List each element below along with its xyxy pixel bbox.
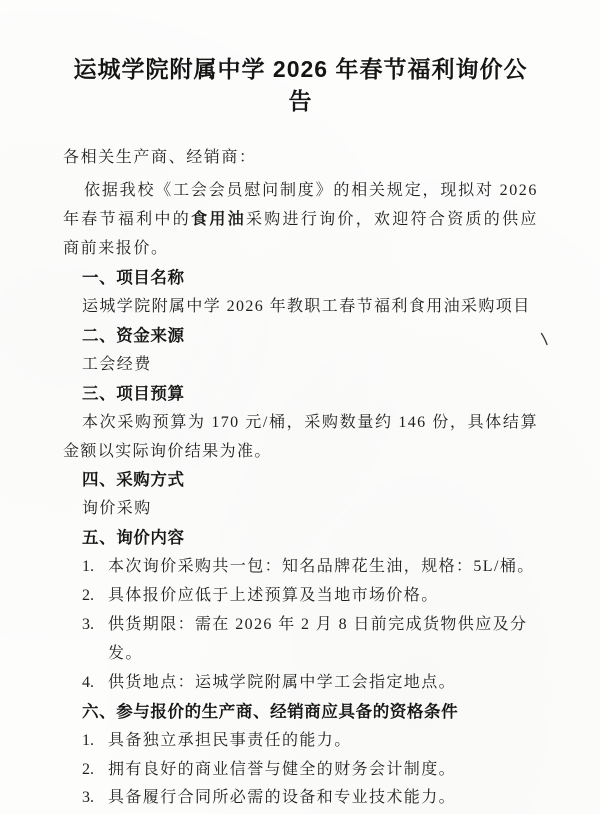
list-item-text: 具备履行合同所必需的设备和专业技术能力。	[108, 784, 538, 813]
list-item-number: 1.	[82, 727, 108, 756]
section-4-body: 询价采购	[63, 495, 538, 524]
list-item: 1. 具备独立承担民事责任的能力。	[82, 727, 538, 756]
list-item: 3. 供货期限：需在 2026 年 2 月 8 日前完成货物供应及分发。	[82, 611, 538, 669]
list-item: 4. 供货地点：运城学院附属中学工会指定地点。	[82, 669, 538, 698]
list-item-number: 2.	[82, 756, 108, 785]
section-5-heading: 五、询价内容	[82, 524, 538, 553]
list-item-number: 3.	[82, 784, 108, 813]
list-item: 2. 拥有良好的商业信誉与健全的财务会计制度。	[82, 756, 538, 785]
intro-paragraph: 依据我校《工会会员慰问制度》的相关规定，现拟对 2026 年春节福利中的食用油采…	[63, 177, 538, 264]
list-item-text: 拥有良好的商业信誉与健全的财务会计制度。	[108, 756, 538, 785]
document-content: 运城学院附属中学 2026 年春节福利询价公告 各相关生产商、经销商： 依据我校…	[63, 0, 538, 813]
list-item-number: 1.	[82, 553, 108, 582]
list-item-number: 2.	[82, 582, 108, 611]
section-4-heading: 四、采购方式	[82, 466, 538, 495]
list-item-text: 本次询价采购共一包：知名品牌花生油，规格：5L/桶。	[108, 553, 538, 582]
section-2-heading: 二、资金来源	[82, 322, 538, 351]
section-3-body: 本次采购预算为 170 元/桶，采购数量约 146 份，具体结算金额以实际询价结…	[63, 409, 538, 467]
document-title: 运城学院附属中学 2026 年春节福利询价公告	[63, 53, 538, 117]
section-2-body: 工会经费	[63, 351, 538, 380]
list-item-number: 4.	[82, 669, 108, 698]
section-1-heading: 一、项目名称	[82, 264, 538, 293]
list-item-text: 具体报价应低于上述预算及当地市场价格。	[108, 582, 538, 611]
list-item-text: 具备独立承担民事责任的能力。	[108, 727, 538, 756]
list-item-text: 供货地点：运城学院附属中学工会指定地点。	[108, 669, 538, 698]
pen-tick-mark	[538, 330, 552, 348]
section-1-body: 运城学院附属中学 2026 年教职工春节福利食用油采购项目	[63, 293, 538, 322]
list-item-number: 3.	[82, 611, 108, 640]
scanned-document-page: 运城学院附属中学 2026 年春节福利询价公告 各相关生产商、经销商： 依据我校…	[0, 0, 600, 814]
section-3-heading: 三、项目预算	[82, 380, 538, 409]
list-item: 1. 本次询价采购共一包：知名品牌花生油，规格：5L/桶。	[82, 553, 538, 582]
salutation-line: 各相关生产商、经销商：	[63, 144, 538, 172]
list-item-text: 供货期限：需在 2026 年 2 月 8 日前完成货物供应及分发。	[108, 611, 538, 669]
list-item: 3. 具备履行合同所必需的设备和专业技术能力。	[82, 784, 538, 813]
intro-text-bold: 食用油	[191, 211, 246, 228]
list-item: 2. 具体报价应低于上述预算及当地市场价格。	[82, 582, 538, 611]
section-6-heading: 六、参与报价的生产商、经销商应具备的资格条件	[82, 698, 538, 727]
